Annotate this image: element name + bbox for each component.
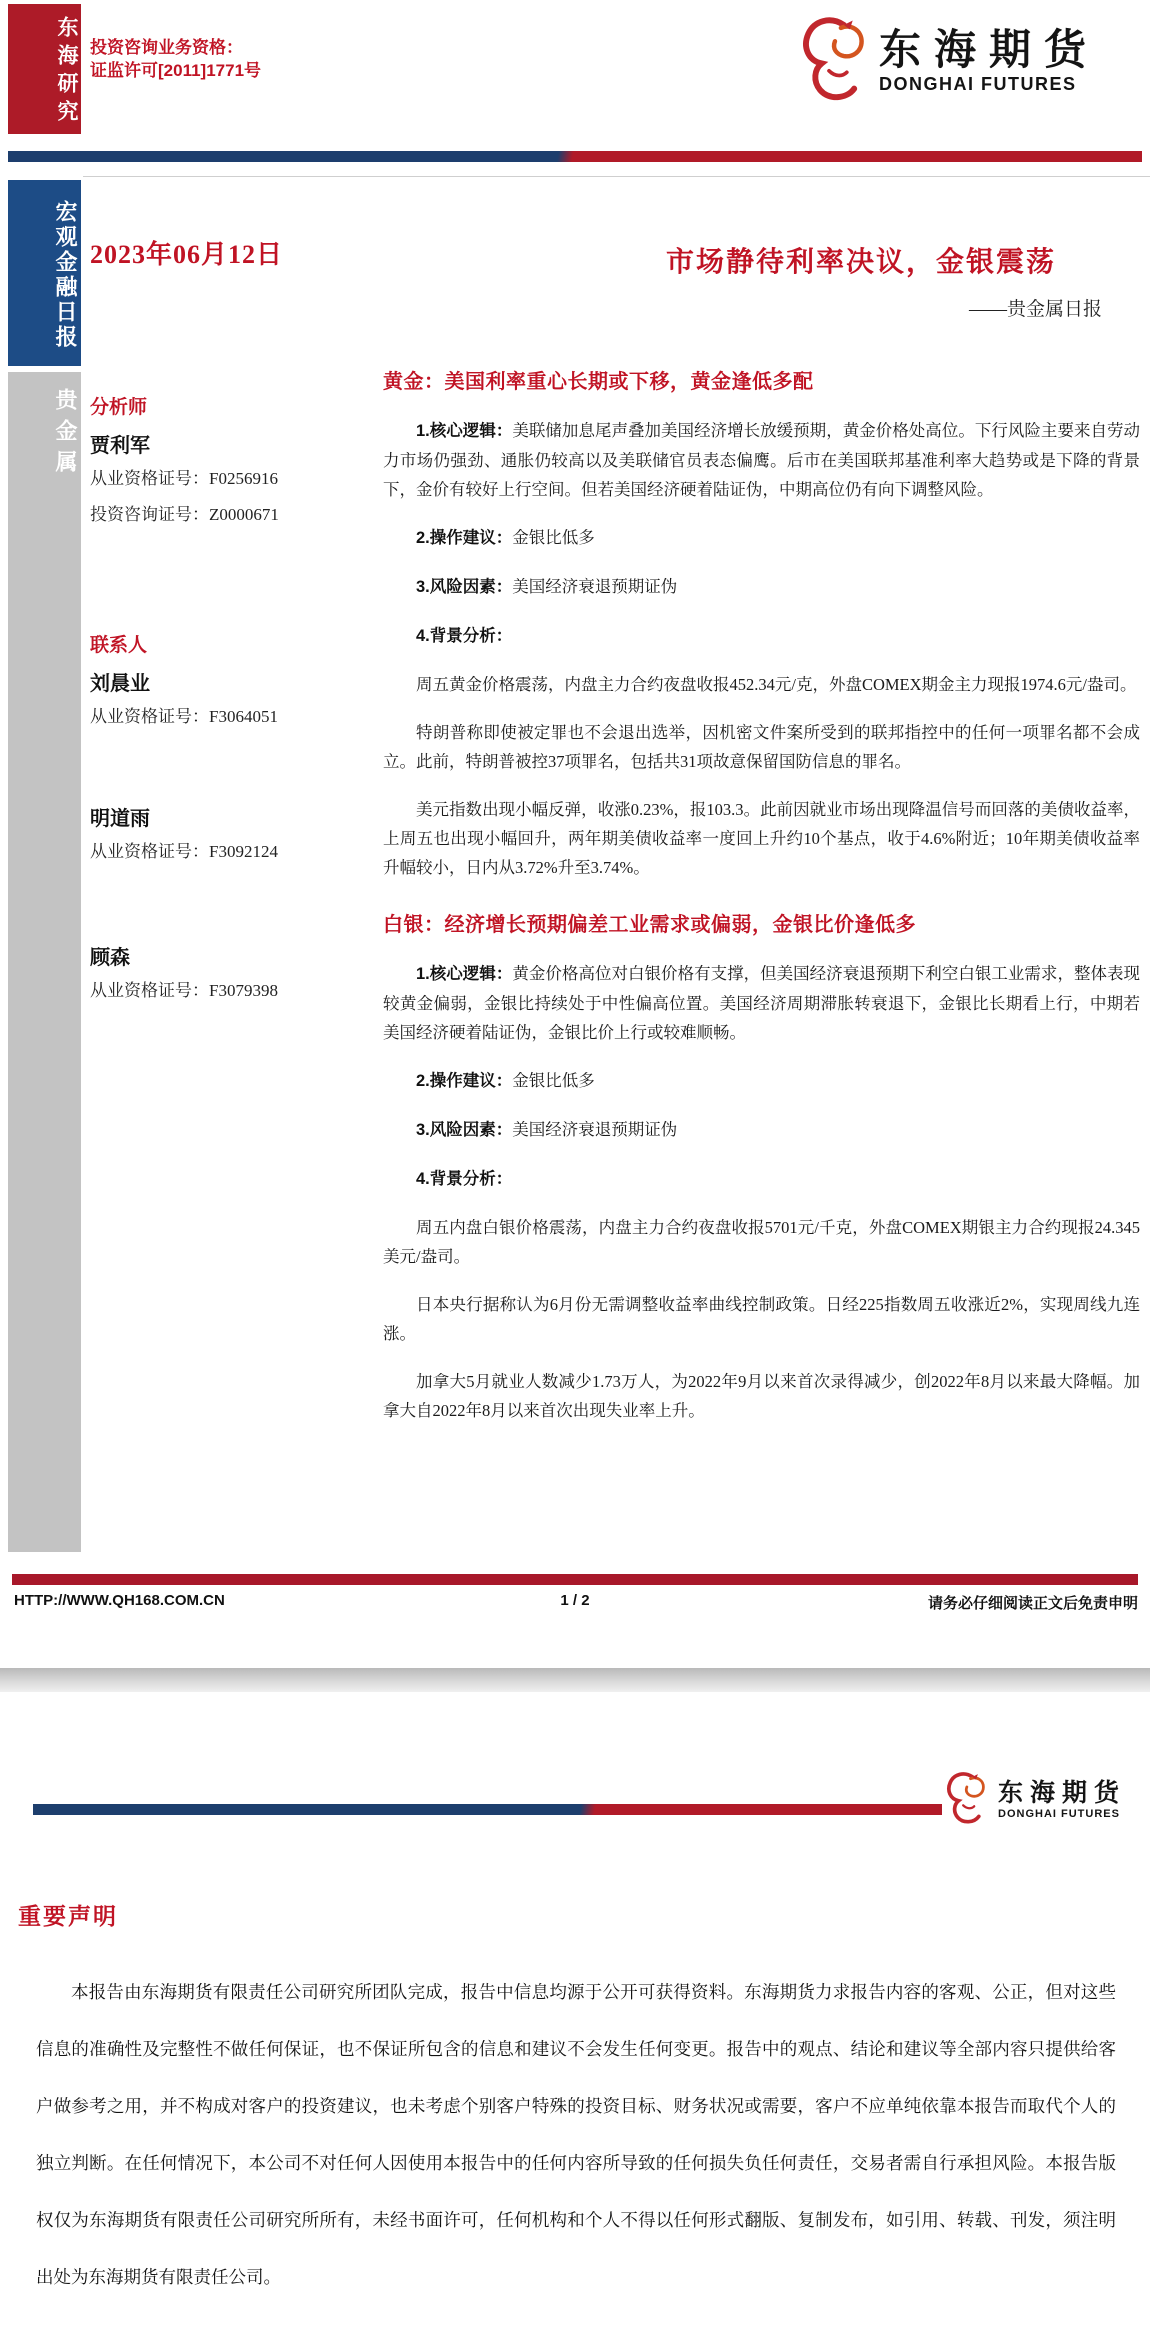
gold-risk: 3.风险因素：美国经济衰退预期证伪 xyxy=(383,572,1140,602)
report-page-1: 东海研究 投资咨询业务资格： 证监许可[2011]1771号 东海期货 DONG… xyxy=(0,0,1150,1668)
report-date: 2023年06月12日 xyxy=(90,234,283,271)
silver-risk: 3.风险因素：美国经济衰退预期证伪 xyxy=(383,1115,1140,1145)
silver-advice: 2.操作建议：金银比低多 xyxy=(383,1066,1140,1096)
report-title: 市场静待利率决议，金银震荡 xyxy=(383,240,1140,280)
item-label: 4.背景分析： xyxy=(416,627,512,645)
silver-background-paragraph: 周五内盘白银价格震荡，内盘主力合约夜盘收报5701元/千克，外盘COMEX期银主… xyxy=(383,1213,1140,1271)
spacer xyxy=(90,875,375,941)
logo-english-text: DONGHAI FUTURES xyxy=(879,73,1077,95)
company-logo: 东海期货 DONGHAI FUTURES xyxy=(795,10,1147,112)
dragon-logo-icon xyxy=(942,1768,988,1833)
item-label: 3.风险因素： xyxy=(416,578,512,596)
contact-name: 刘晨业 xyxy=(90,667,375,696)
contact-cert: 从业资格证号：F3064051 xyxy=(90,704,375,730)
header-hairline xyxy=(83,176,1150,177)
gold-background-paragraph: 特朗普称即使被定罪也不会退出选举，因机密文件案所受到的联邦指控中的任何一项罪名都… xyxy=(383,718,1140,776)
item-label: 4.背景分析： xyxy=(416,1170,512,1188)
gold-background-label: 4.背景分析： xyxy=(383,621,1140,651)
qualification-text: 投资咨询业务资格： 证监许可[2011]1771号 xyxy=(90,36,261,82)
item-text: 美国经济衰退预期证伪 xyxy=(512,1120,677,1139)
analyst-sidebar: 分析师 贾利军 从业资格证号：F0256916 投资咨询证号：Z0000671 … xyxy=(90,392,375,1014)
item-label: 1.核心逻辑： xyxy=(416,422,512,440)
analyst-label: 分析师 xyxy=(90,392,375,419)
gold-background-paragraph: 周五黄金价格震荡，内盘主力合约夜盘收报452.34元/克，外盘COMEX期金主力… xyxy=(383,670,1140,699)
gold-core-logic: 1.核心逻辑：美联储加息尾声叠加美国经济增长放缓预期，黄金价格处高位。下行风险主… xyxy=(383,416,1140,504)
contact-cert: 从业资格证号：F3079398 xyxy=(90,978,375,1004)
analyst-cert-1: 从业资格证号：F0256916 xyxy=(90,466,375,492)
page-separator xyxy=(0,1668,1150,1692)
important-statement-heading: 重要声明 xyxy=(18,1898,118,1931)
category-box-macro-finance-daily: 宏观金融日报 xyxy=(8,180,81,366)
item-label: 2.操作建议： xyxy=(416,529,512,547)
item-text: 金银比低多 xyxy=(512,528,595,547)
dragon-logo-icon xyxy=(795,13,869,110)
logo-chinese-text: 东海期货 xyxy=(879,27,1099,73)
item-text: 美国经济衰退预期证伪 xyxy=(512,577,677,596)
silver-background-paragraph: 日本央行据称认为6月份无需调整收益率曲线控制政策。日经225指数周五收涨近2%，… xyxy=(383,1290,1140,1348)
disclaimer-paragraph: 本报告由东海期货有限责任公司研究所团队完成，报告中信息均源于公开可获得资料。东海… xyxy=(36,1964,1116,2306)
gold-section-heading: 黄金：美国利率重心长期或下移，黄金逢低多配 xyxy=(383,365,1140,394)
contact-name: 顾森 xyxy=(90,941,375,970)
brand-research-box: 东海研究 xyxy=(8,4,81,134)
item-label: 3.风险因素： xyxy=(416,1121,512,1139)
logo-english-text: DONGHAI FUTURES xyxy=(998,1807,1120,1821)
spacer xyxy=(90,740,375,802)
analyst-cert-2: 投资咨询证号：Z0000671 xyxy=(90,502,375,528)
category-box-precious-metals: 贵金属 xyxy=(8,372,81,1552)
qualification-line-1: 投资咨询业务资格： xyxy=(90,36,261,59)
contact-name: 明道雨 xyxy=(90,802,375,831)
contact-label: 联系人 xyxy=(90,630,375,657)
report-page-2: 东海期货 DONGHAI FUTURES 重要声明 本报告由东海期货有限责任公司… xyxy=(0,1692,1150,2344)
report-body: 黄金：美国利率重心长期或下移，黄金逢低多配 1.核心逻辑：美联储加息尾声叠加美国… xyxy=(383,365,1140,1444)
footer-disclaimer-notice: 请务必仔细阅读正文后免责申明 xyxy=(928,1592,1138,1613)
item-label: 1.核心逻辑： xyxy=(416,965,512,983)
silver-background-label: 4.背景分析： xyxy=(383,1164,1140,1194)
gold-advice: 2.操作建议：金银比低多 xyxy=(383,523,1140,553)
silver-section-heading: 白银：经济增长预期偏差工业需求或偏弱，金银比价逢低多 xyxy=(383,908,1140,937)
logo-chinese-text: 东海期货 xyxy=(998,1779,1126,1807)
silver-core-logic: 1.核心逻辑：黄金价格高位对白银价格有支撑，但美国经济衰退预期下利空白银工业需求… xyxy=(383,959,1140,1047)
footer-divider-bar xyxy=(12,1574,1138,1585)
analyst-name: 贾利军 xyxy=(90,429,375,458)
header-divider-bar xyxy=(8,151,1142,162)
gold-background-paragraph: 美元指数出现小幅反弹，收涨0.23%，报103.3。此前因就业市场出现降温信号而… xyxy=(383,795,1140,882)
item-text: 金银比低多 xyxy=(512,1071,595,1090)
spacer xyxy=(90,538,375,630)
company-logo: 东海期货 DONGHAI FUTURES xyxy=(942,1744,1150,1856)
silver-background-paragraph: 加拿大5月就业人数减少1.73万人，为2022年9月以来首次录得减少，创2022… xyxy=(383,1367,1140,1425)
item-label: 2.操作建议： xyxy=(416,1072,512,1090)
report-subtitle: ——贵金属日报 xyxy=(383,294,1140,321)
contact-cert: 从业资格证号：F3092124 xyxy=(90,839,375,865)
qualification-line-2: 证监许可[2011]1771号 xyxy=(90,59,261,82)
